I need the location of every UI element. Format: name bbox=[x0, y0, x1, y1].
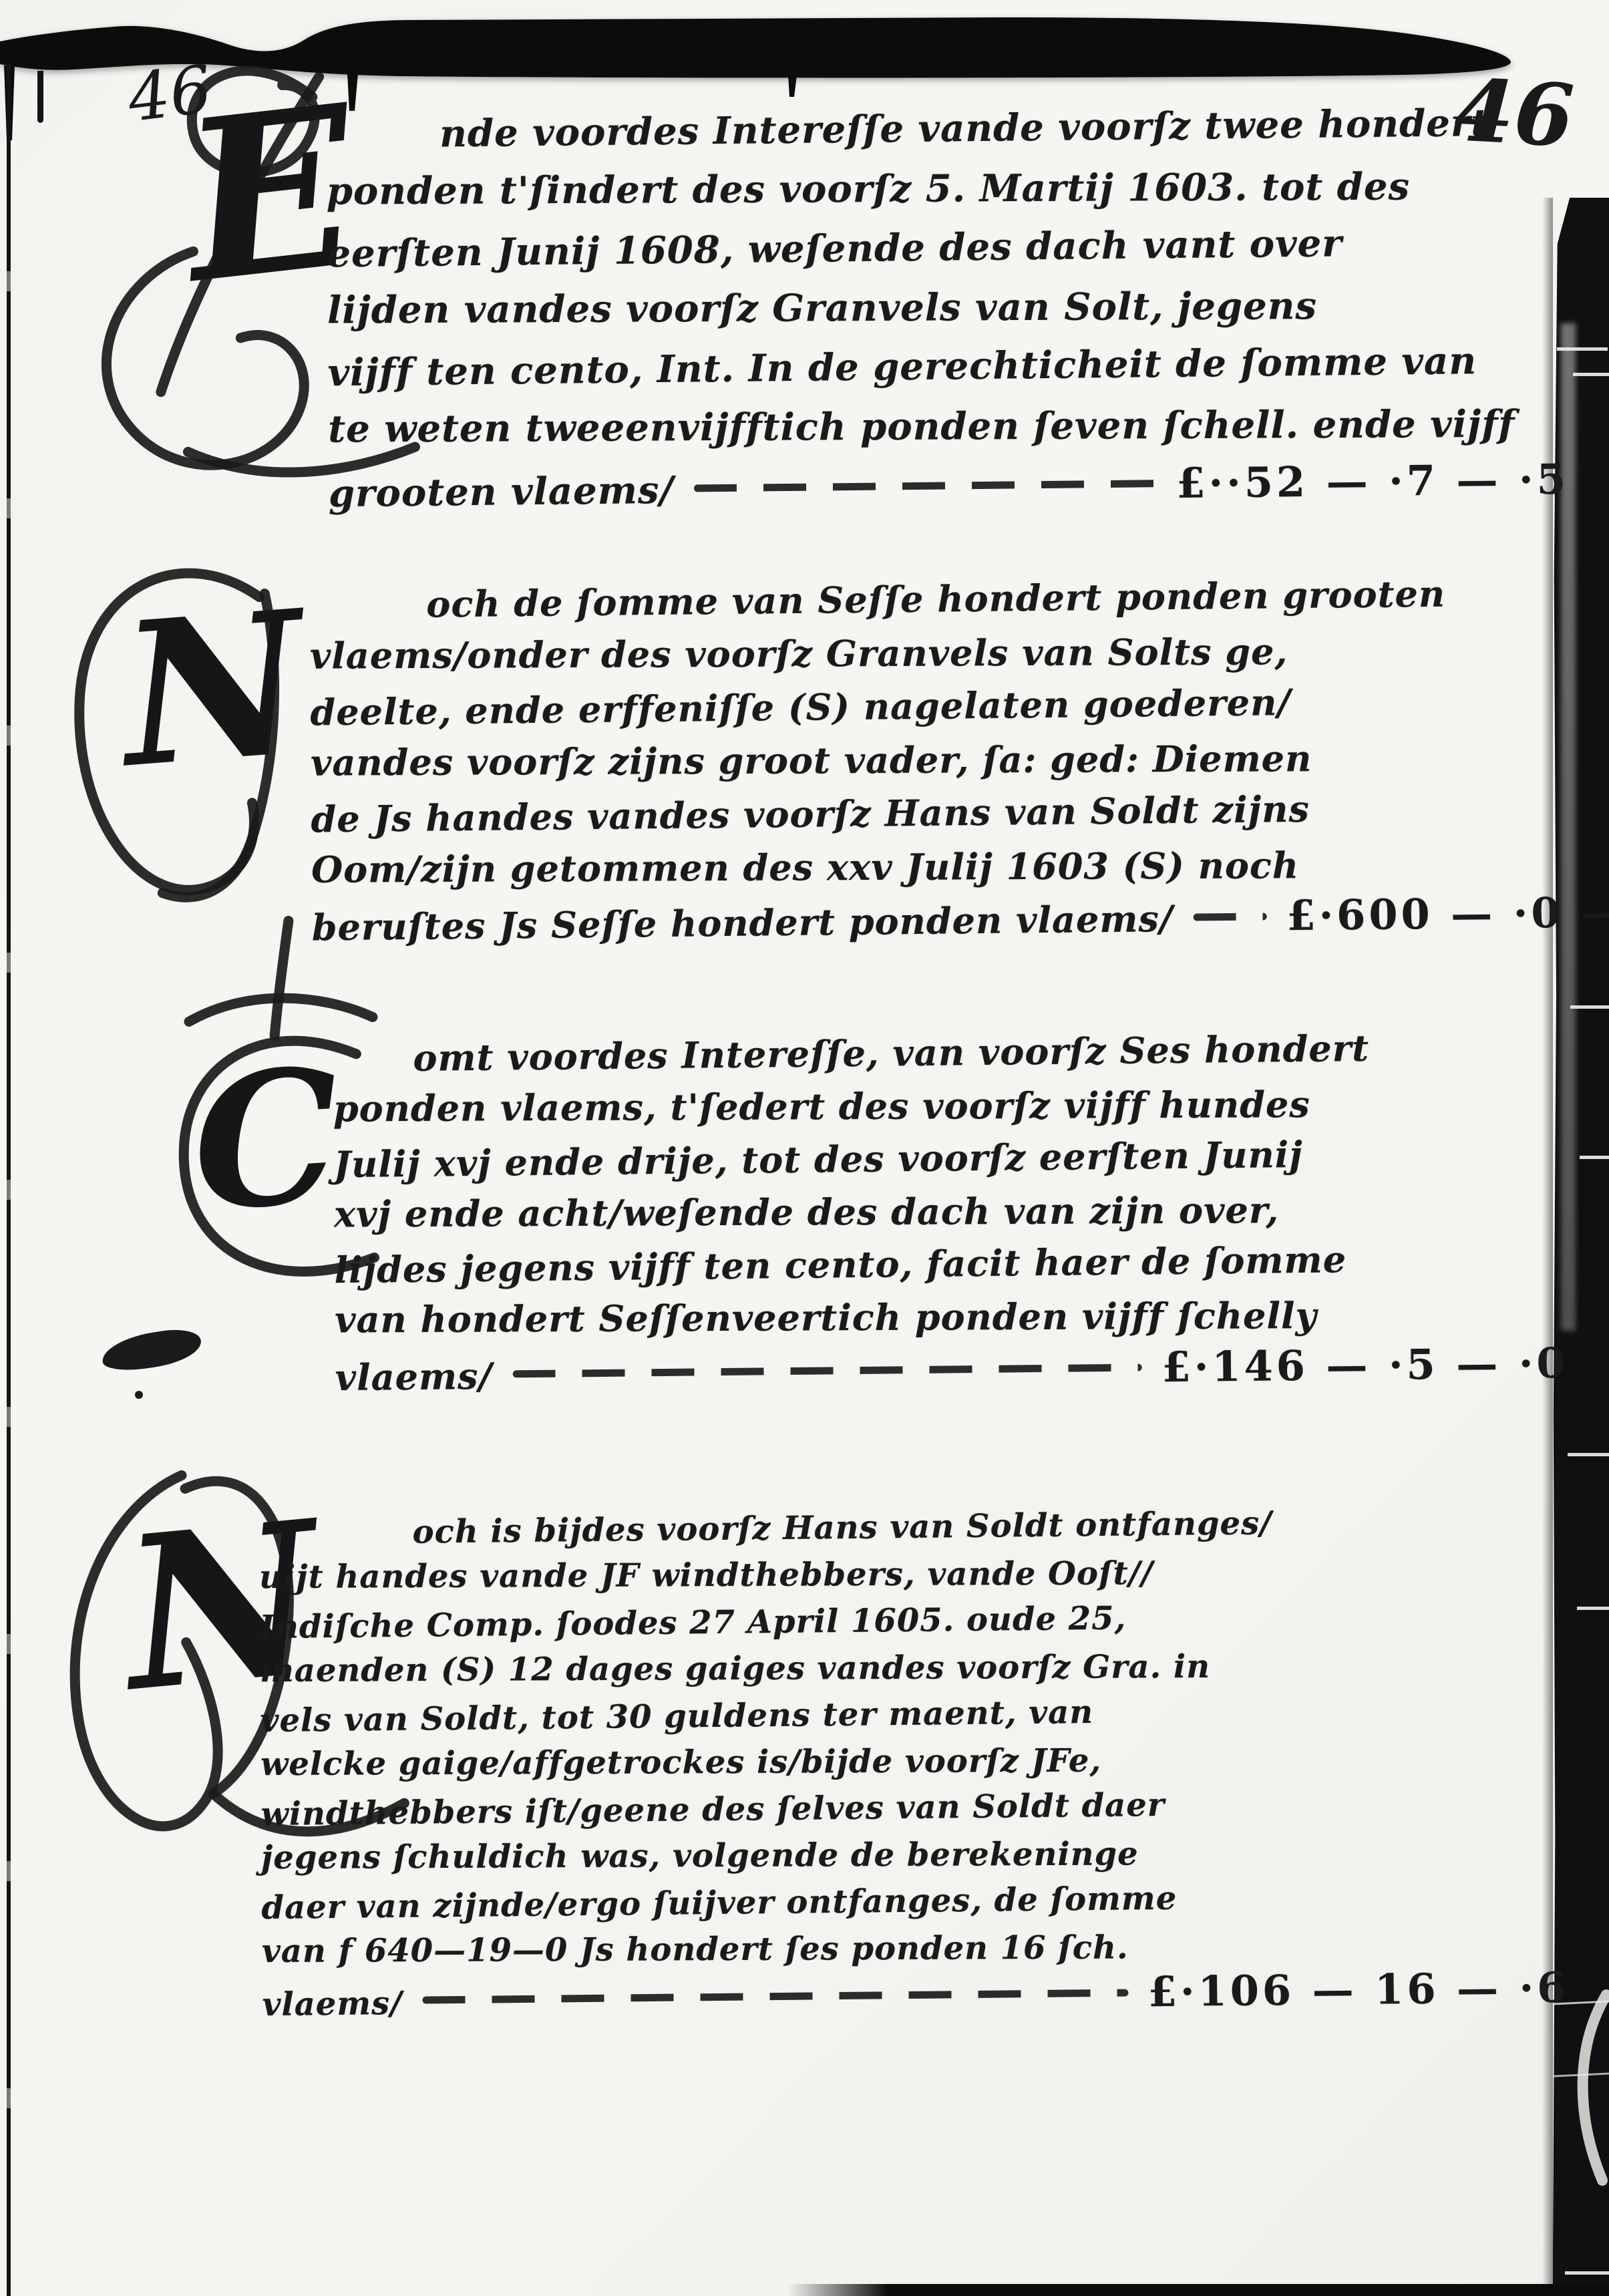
ledger-entry: C omt voordes Intereſſe, van voorſz Ses … bbox=[0, 1022, 1609, 1403]
text-line: de Js handes vandes voorſz Hans van Sold… bbox=[311, 780, 1568, 846]
initial-letter: C bbox=[188, 1043, 345, 1235]
stitch-mark bbox=[1565, 2271, 1609, 2275]
manuscript-page: 46 46 E nde voordes Intereſſe vande voor… bbox=[0, 0, 1609, 2296]
text-line: grooten vlaems/ bbox=[328, 461, 674, 524]
stitch-mark bbox=[1570, 1005, 1609, 1009]
initial-letter: N bbox=[116, 584, 310, 794]
entry-text: omt voordes Intereſſe, van voorſz Ses ho… bbox=[333, 1022, 1569, 1400]
text-line: Julij xvj ende drije, tot des voorſz eer… bbox=[333, 1126, 1568, 1191]
text-line: beruſtes Js Seſſe hondert ponden vlaems/ bbox=[311, 892, 1174, 955]
ledger-entry: N och is bijdes voorſz Hans van Soldt on… bbox=[0, 1499, 1609, 2025]
amount-value: £·106 — 16 — ·6 bbox=[1148, 1965, 1570, 2016]
text-line: deelte, ende erffeniſſe (S) nagelaten go… bbox=[310, 673, 1568, 740]
text-line: ponden vlaems, t'ſedert des voorſz vijff… bbox=[333, 1077, 1567, 1135]
text-line: och de ſomme van Seſſe hondert ponden gr… bbox=[309, 566, 1567, 633]
text-line: vandes voorſz zijns groot vader, ſa: ged… bbox=[311, 730, 1568, 789]
entry-text: nde voordes Intereſſe vande voorſz twee … bbox=[326, 95, 1569, 520]
text-line: te weten tweeenvijfftich ponden ſeven ſc… bbox=[328, 394, 1568, 459]
text-line: nde voordes Intereſſe vande voorſz twee … bbox=[326, 93, 1567, 165]
text-line: vlaems/ bbox=[335, 1350, 492, 1404]
text-line: lijdes jegens vijff ten cento, facit hae… bbox=[334, 1231, 1568, 1297]
ledger-entry: E nde voordes Intereſſe vande voorſz twe… bbox=[0, 95, 1609, 522]
amount-value: £·146 — ·5 — ·0 bbox=[1161, 1337, 1569, 1393]
text-line: lijden vandes voorſz Granvels van Solt, … bbox=[327, 275, 1568, 340]
text-line: van hondert Seſſenveertich ponden vijff … bbox=[335, 1288, 1568, 1346]
entry-text: och is bijdes voorſz Hans van Soldt ontf… bbox=[258, 1499, 1569, 2023]
amount-row: vlaems/ £·146 — ·5 — ·0 bbox=[335, 1337, 1569, 1402]
text-line: vlaems/ bbox=[262, 1980, 403, 2028]
dash-leader bbox=[423, 1989, 1128, 2003]
stitch-mark bbox=[1568, 1453, 1609, 1456]
dash-leader bbox=[694, 480, 1157, 492]
scan-drip bbox=[788, 75, 797, 97]
amount-row: beruſtes Js Seſſe hondert ponden vlaems/… bbox=[311, 886, 1569, 953]
text-line: eerſten Junij 1608, weſende des dach van… bbox=[327, 212, 1568, 284]
dash-leader bbox=[512, 1363, 1142, 1377]
initial-flourish: N bbox=[59, 550, 349, 926]
dash-leader bbox=[1193, 913, 1266, 921]
text-line: xvj ende acht/weſende des dach van zijn … bbox=[334, 1182, 1568, 1241]
text-line: vijff ten cento, Int. In de gerechtichei… bbox=[327, 331, 1568, 403]
ledger-entry: N och de ſomme van Seſſe hondert ponden … bbox=[0, 568, 1609, 953]
amount-row: grooten vlaems/ £··52 — ·7 — ·5 bbox=[328, 450, 1569, 522]
text-line: vlaems/onder des voorſz Granvels van Sol… bbox=[310, 623, 1567, 682]
amount-value: £·600 — ·0 — ·0 bbox=[1286, 885, 1609, 943]
entry-text: och de ſomme van Seſſe hondert ponden gr… bbox=[309, 568, 1569, 951]
text-line: ponden t'ſindert des voorſz 5. Martij 16… bbox=[327, 156, 1567, 221]
text-line: omt voordes Intereſſe, van voorſz Ses ho… bbox=[333, 1020, 1567, 1086]
scan-border-bottom bbox=[788, 2284, 1609, 2296]
text-line: Oom/zijn getommen des xxv Julij 1603 (S)… bbox=[311, 837, 1568, 896]
text-line: och is bijdes voorſz Hans van Soldt ontf… bbox=[258, 1497, 1566, 1557]
amount-value: £··52 — ·7 — ·5 bbox=[1176, 450, 1569, 513]
